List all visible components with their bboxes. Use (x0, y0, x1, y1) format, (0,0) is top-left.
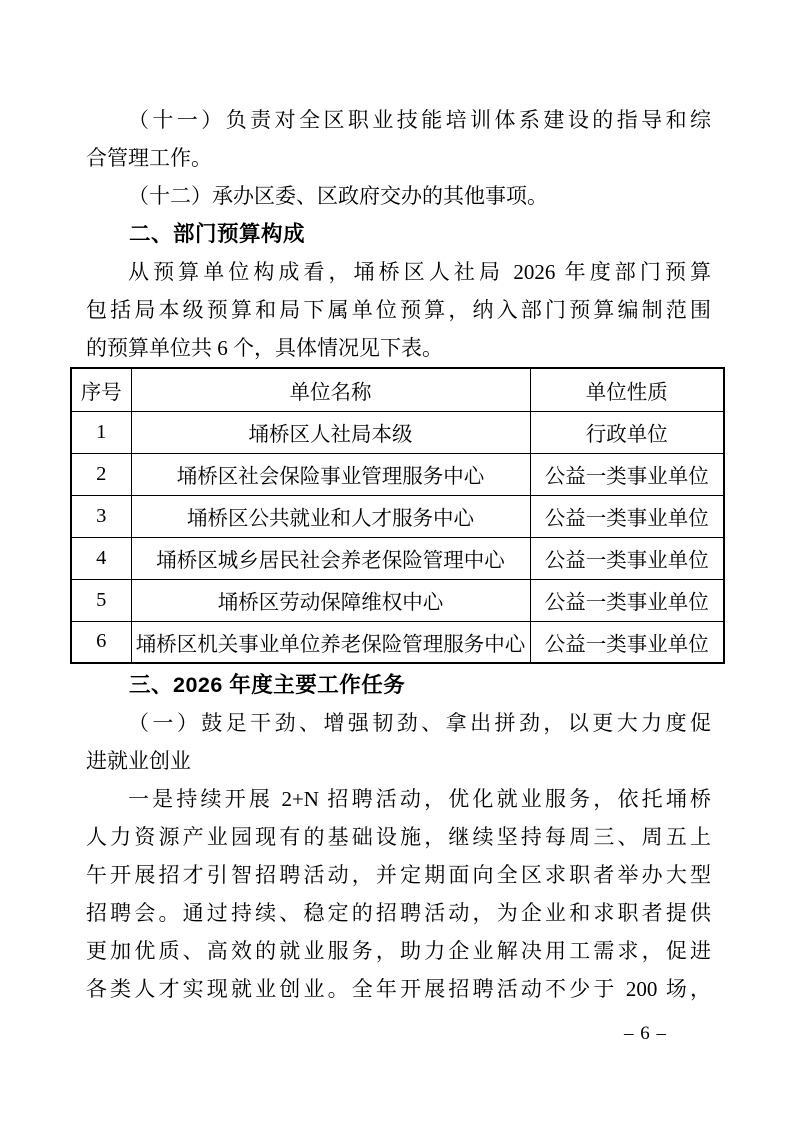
heading-section-2: 二、部门预算构成 (86, 215, 711, 253)
table-cell: 埇桥区机关事业单位养老保险管理服务中心 (131, 621, 530, 663)
text-line: 一是持续开展 2+N 招聘活动，优化就业服务，依托埇桥 (86, 780, 711, 818)
text-line: 午开展招才引智招聘活动，并定期面向全区求职者举办大型 (86, 856, 711, 894)
page-number: – 6 – (624, 1022, 667, 1046)
text-line: 从预算单位构成看，埇桥区人社局 2026 年度部门预算 (86, 253, 711, 291)
table-row: 1埇桥区人社局本级行政单位 (71, 411, 724, 453)
text-line: 进就业创业 (86, 742, 711, 780)
paragraph-budget-intro: 从预算单位构成看，埇桥区人社局 2026 年度部门预算包括局本级预算和局下属单位… (86, 253, 711, 367)
table-cell: 5 (71, 579, 131, 621)
document-body: （十一）负责对全区职业技能培训体系建设的指导和综合管理工作。 （十二）承办区委、… (86, 101, 711, 1008)
paragraph-task-body: 一是持续开展 2+N 招聘活动，优化就业服务，依托埇桥人力资源产业园现有的基础设… (86, 780, 711, 1008)
table-row: 4埇桥区城乡居民社会养老保险管理中心公益一类事业单位 (71, 537, 724, 579)
paragraph-duty-12: （十二）承办区委、区政府交办的其他事项。 (86, 177, 711, 215)
table-cell: 行政单位 (530, 411, 724, 453)
table-row: 2埇桥区社会保险事业管理服务中心公益一类事业单位 (71, 453, 724, 495)
table-cell: 公益一类事业单位 (530, 621, 724, 663)
table-row: 5埇桥区劳动保障维权中心公益一类事业单位 (71, 579, 724, 621)
text-line: （一）鼓足干劲、增强韧劲、拿出拼劲，以更大力度促 (86, 704, 711, 742)
heading-section-3: 三、2026 年度主要工作任务 (86, 666, 711, 704)
table-cell: 4 (71, 537, 131, 579)
text-line: （十一）负责对全区职业技能培训体系建设的指导和综 (86, 101, 711, 139)
text-line: 包括局本级预算和局下属单位预算，纳入部门预算编制范围 (86, 291, 711, 329)
text-line: 人力资源产业园现有的基础设施，继续坚持每周三、周五上 (86, 818, 711, 856)
text-line: 合管理工作。 (86, 139, 711, 177)
text-line: 的预算单位共 6 个，具体情况见下表。 (86, 329, 711, 367)
text-line: （十二）承办区委、区政府交办的其他事项。 (86, 177, 711, 215)
table-cell: 埇桥区人社局本级 (131, 411, 530, 453)
text-line: 招聘会。通过持续、稳定的招聘活动，为企业和求职者提供 (86, 894, 711, 932)
table-cell: 公益一类事业单位 (530, 537, 724, 579)
table-cell: 3 (71, 495, 131, 537)
table-cell: 1 (71, 411, 131, 453)
text-line: 各类人才实现就业创业。全年开展招聘活动不少于 200 场， (86, 970, 711, 1008)
table-cell: 公益一类事业单位 (530, 579, 724, 621)
table-cell: 公益一类事业单位 (530, 495, 724, 537)
table-row: 3埇桥区公共就业和人才服务中心公益一类事业单位 (71, 495, 724, 537)
table-cell: 公益一类事业单位 (530, 453, 724, 495)
paragraph-task-subheading: （一）鼓足干劲、增强韧劲、拿出拼劲，以更大力度促进就业创业 (86, 704, 711, 780)
column-header-unit-name: 单位名称 (131, 368, 530, 411)
budget-units-table: 序号 单位名称 单位性质 1埇桥区人社局本级行政单位2埇桥区社会保险事业管理服务… (70, 367, 725, 664)
document-page: （十一）负责对全区职业技能培训体系建设的指导和综合管理工作。 （十二）承办区委、… (0, 0, 793, 1122)
table-cell: 埇桥区城乡居民社会养老保险管理中心 (131, 537, 530, 579)
table-body: 1埇桥区人社局本级行政单位2埇桥区社会保险事业管理服务中心公益一类事业单位3埇桥… (71, 411, 724, 663)
table-cell: 埇桥区社会保险事业管理服务中心 (131, 453, 530, 495)
column-header-unit-nature: 单位性质 (530, 368, 724, 411)
text-line: 更加优质、高效的就业服务，助力企业解决用工需求，促进 (86, 932, 711, 970)
table-cell: 6 (71, 621, 131, 663)
column-header-serial: 序号 (71, 368, 131, 411)
paragraph-duty-11: （十一）负责对全区职业技能培训体系建设的指导和综合管理工作。 (86, 101, 711, 177)
table-cell: 埇桥区公共就业和人才服务中心 (131, 495, 530, 537)
table-row: 6埇桥区机关事业单位养老保险管理服务中心公益一类事业单位 (71, 621, 724, 663)
table-header: 序号 单位名称 单位性质 (71, 368, 724, 411)
table-header-row: 序号 单位名称 单位性质 (71, 368, 724, 411)
table-cell: 2 (71, 453, 131, 495)
table-cell: 埇桥区劳动保障维权中心 (131, 579, 530, 621)
